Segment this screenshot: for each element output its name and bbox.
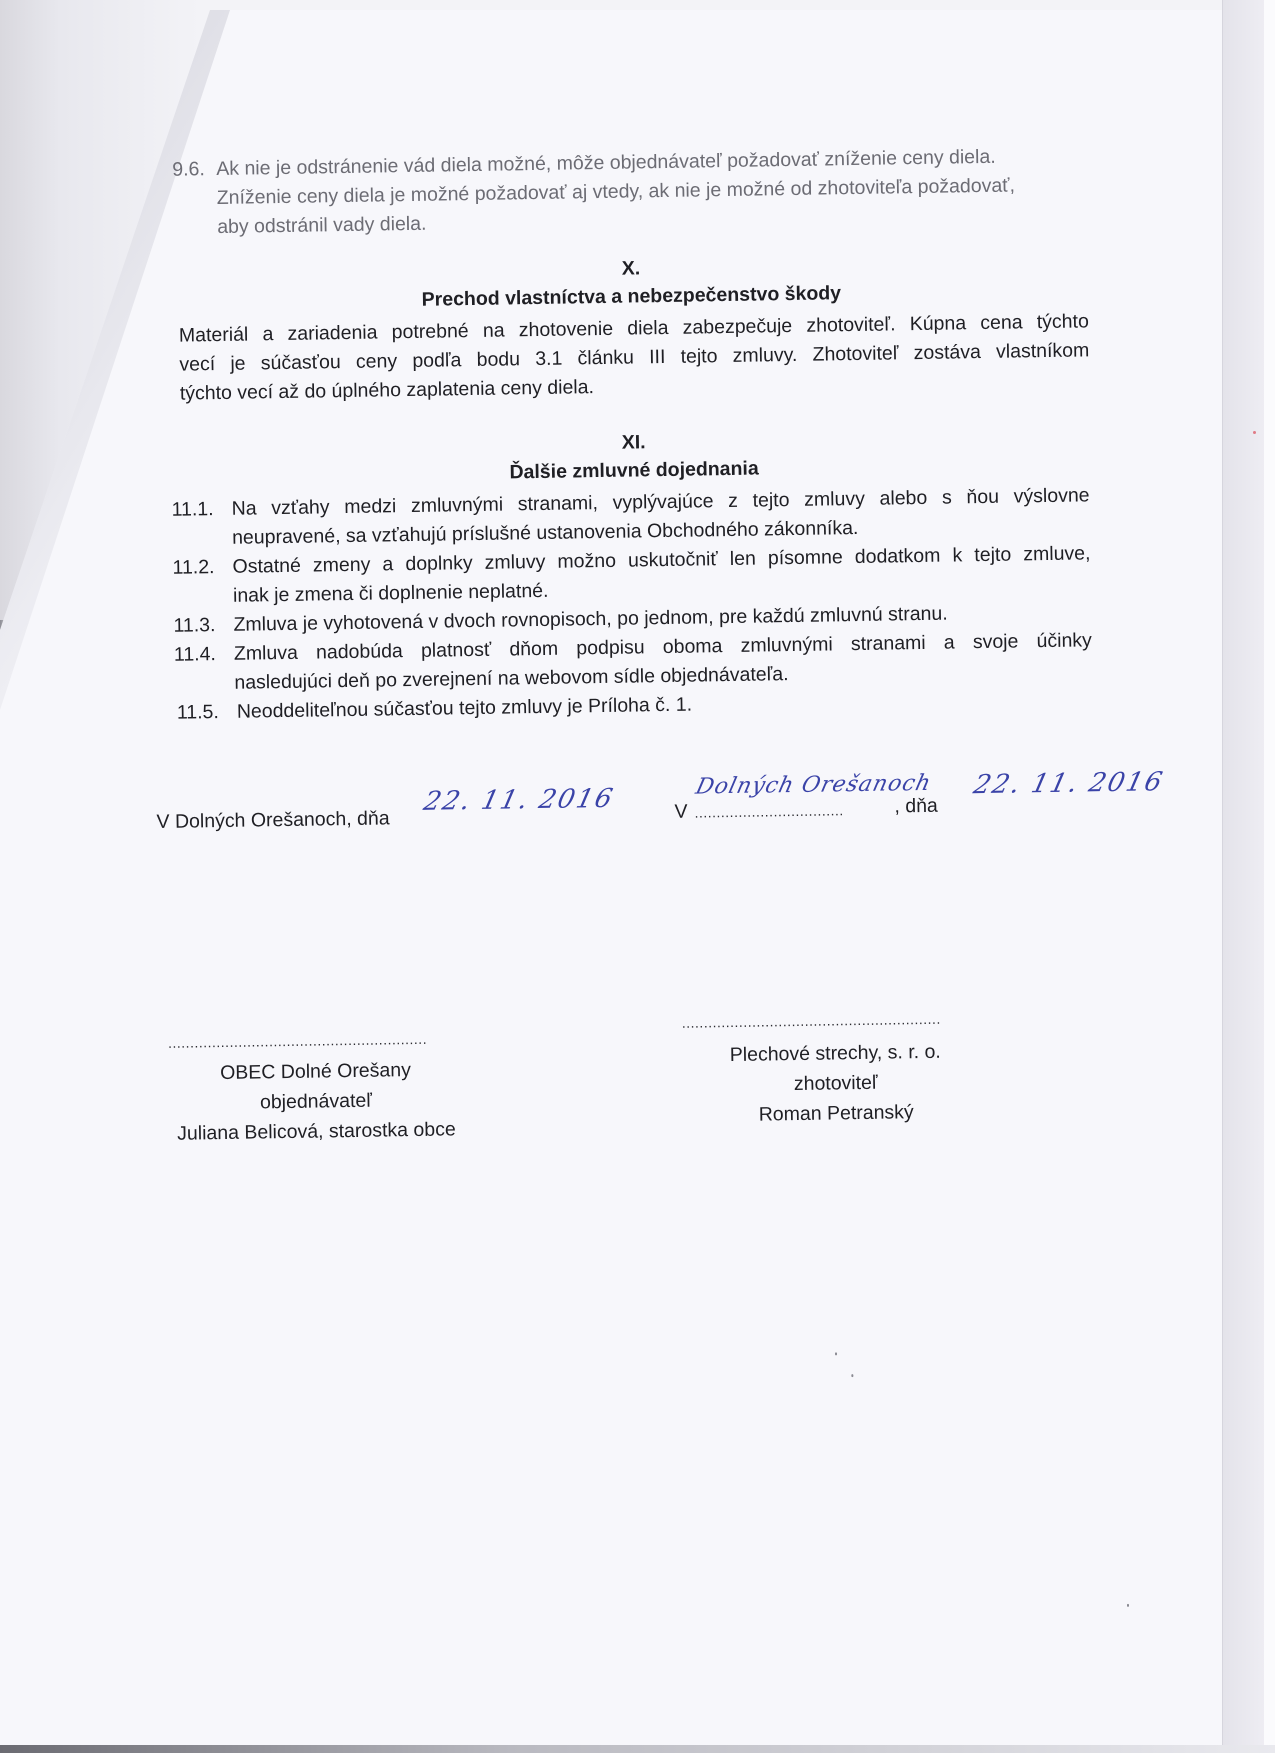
scan-speck bbox=[1253, 431, 1256, 434]
right-handwritten-date: 22. 11. 2016 bbox=[971, 767, 1167, 800]
clause-text-line: Na vzťahy medzi zmluvnými stranami, vypl… bbox=[231, 484, 1089, 520]
clause-number: 11.2. bbox=[172, 556, 214, 580]
clause-text-line: Neoddeliteľnou súčasťou tejto zmluvy je … bbox=[237, 694, 693, 724]
signature-caption: Plechové strechy, s. r. o. zhotoviteľ Ro… bbox=[670, 1036, 1001, 1131]
clause-text-line: Zmluva je vyhotovená v dvoch rovnopisoch… bbox=[233, 603, 948, 637]
signature-line: ........................................… bbox=[682, 1010, 982, 1031]
left-handwritten-date: 22. 11. 2016 bbox=[421, 784, 617, 817]
clause-text-line: Zníženie ceny diela je možné požadovať a… bbox=[217, 176, 1015, 208]
clause-number: 9.6. bbox=[172, 158, 205, 182]
clause-number: 11.5. bbox=[177, 701, 219, 725]
clause-text-line: aby odstránil vady diela. bbox=[217, 215, 426, 238]
clause-number: 11.3. bbox=[173, 614, 215, 638]
right-place-dotted-line: .................................. bbox=[694, 801, 894, 820]
clause-text-line: inak je zmena či doplnenie neplatné. bbox=[233, 580, 549, 608]
right-date-label: , dňa bbox=[894, 797, 938, 817]
document-content: 9.6. Ak nie je odstránenie vád diela mož… bbox=[0, 0, 1243, 1752]
clause-number: 11.1. bbox=[171, 498, 213, 522]
clause-number: 11.4. bbox=[174, 643, 216, 667]
clause-text-line: nasledujúci deň po zverejnení na webovom… bbox=[234, 663, 789, 695]
scan-speck bbox=[1127, 1604, 1129, 1607]
scan-right-margin bbox=[1264, 0, 1275, 1753]
left-place-label: V Dolných Orešanoch, dňa bbox=[156, 809, 389, 832]
signatory-person: Roman Petranský bbox=[671, 1096, 1001, 1131]
signature-caption: OBEC Dolné Orešany objednávateľ Juliana … bbox=[150, 1054, 481, 1149]
signatory-person: Juliana Belicová, starostka obce bbox=[151, 1114, 481, 1149]
right-place-prefix: V bbox=[674, 803, 687, 823]
clause-text-line: Ostatné zmeny a doplnky zmluvy možno usk… bbox=[232, 542, 1090, 578]
clause-text-line: neupravené, sa vzťahujú príslušné ustano… bbox=[232, 517, 859, 550]
clause-text-line: Ak nie je odstránenie vád diela možné, m… bbox=[216, 148, 996, 180]
scan-speck bbox=[835, 1352, 837, 1355]
paragraph-line: týchto vecí až do úplného zaplatenia cen… bbox=[180, 376, 594, 406]
clause-text-line: Zmluva nadobúda platnosť dňom podpisu ob… bbox=[234, 629, 1092, 665]
scan-speck bbox=[851, 1374, 853, 1377]
signature-line: ........................................… bbox=[168, 1030, 468, 1051]
